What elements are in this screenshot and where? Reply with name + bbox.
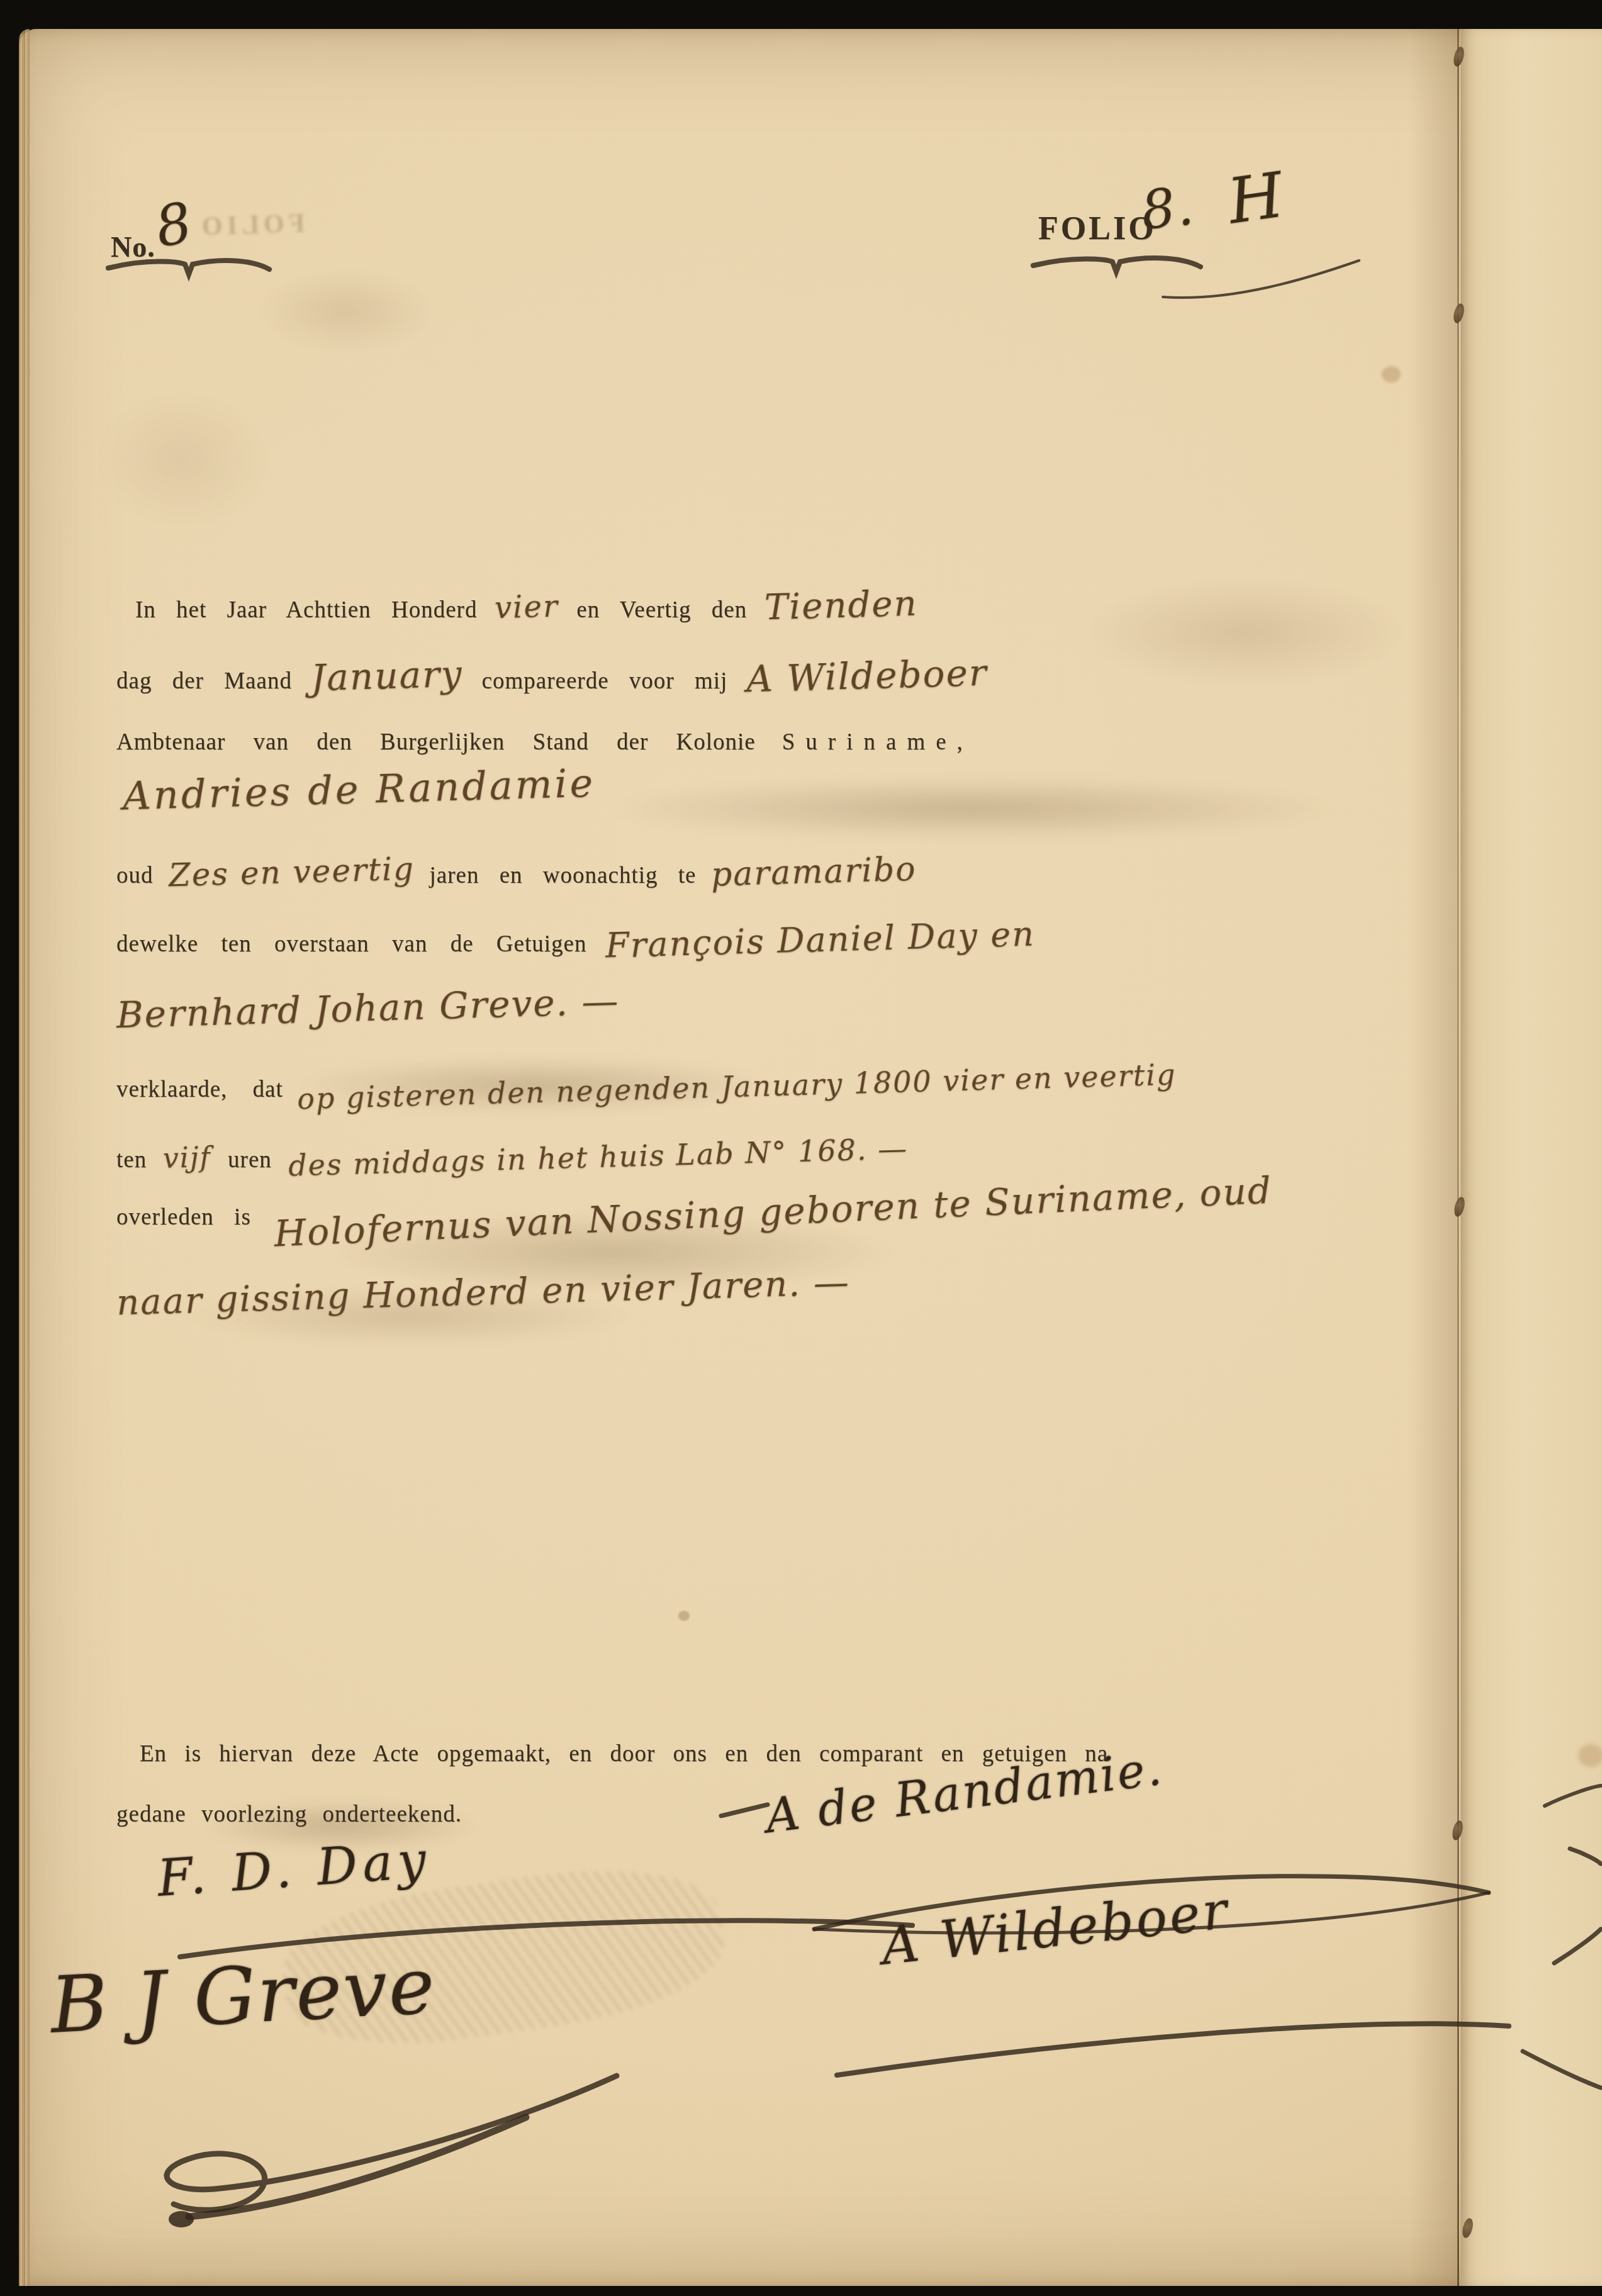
act-line: oud Zes en veertig jaren en woonachtig t… [116, 853, 917, 891]
act-line: naar gissing Honderd en vier Jaren. — [116, 1272, 850, 1313]
closing-clause-line: gedane voorlezing onderteekend. [116, 1801, 462, 1828]
brace-flourish [104, 254, 274, 284]
printed-form-text: oud [116, 862, 154, 889]
act-line: Ambtenaar van den Burgerlijken Stand der… [116, 729, 973, 756]
handwritten-entry: paramaribo [711, 850, 917, 893]
printed-form-text: In het Jaar Achttien Honderd [135, 596, 477, 624]
act-line: Bernhard Johan Greve. — [116, 987, 620, 1029]
handwritten-entry: Zes en veertig [168, 851, 415, 894]
printed-form-text: uren [228, 1146, 272, 1173]
printed-form-text: En is hiervan deze Acte opgemaakt, en do… [140, 1740, 1108, 1767]
handwritten-entry: Andries de Randamie [122, 760, 596, 819]
monogram-underline-stroke [1158, 250, 1365, 308]
printed-form-text: gedane voorlezing onderteekend. [116, 1801, 462, 1828]
ink-smudge [604, 777, 1334, 840]
printed-form-text: verklaarde, dat [116, 1076, 283, 1103]
signature-underline [824, 2001, 1523, 2086]
printed-form-text: Suriname, [782, 729, 973, 756]
handwritten-entry: François Daniel Day en [605, 914, 1036, 965]
signature-dash-stroke [717, 1797, 774, 1822]
folio-label: FOLIO [1038, 210, 1157, 247]
act-line: In het Jaar Achttien Honderd vier en Vee… [135, 585, 918, 626]
ink-smudge [94, 390, 271, 529]
printed-form-text: compareerde voor mij [482, 668, 728, 695]
folio-clerk-monogram: H [1223, 157, 1289, 238]
printed-form-text: Ambtenaar van den Burgerlijken Stand der… [116, 729, 756, 756]
act-line: overleden is Holofernus van Nossing gebo… [116, 1190, 1272, 1233]
signature-flourish [76, 2054, 692, 2237]
handwritten-entry: Bernhard Johan Greve. — [116, 980, 620, 1036]
handwritten-entry: vier [495, 589, 559, 626]
printed-form-text: en Veertig den [576, 596, 747, 624]
foxing-spot [1578, 1744, 1602, 1767]
page-edge-stack [19, 29, 30, 2286]
act-line: dag der Maand January compareerde voor m… [116, 654, 988, 697]
handwritten-entry: Tienden [764, 583, 918, 629]
handwritten-entry: vijf [163, 1141, 212, 1175]
act-line: Andries de Randamie [123, 766, 595, 812]
handwritten-entry: A Wildeboer [746, 651, 988, 701]
closing-clause-line: En is hiervan deze Acte opgemaakt, en do… [140, 1740, 1108, 1767]
adjacent-page-pen-strokes [1510, 1774, 1602, 2102]
folio-number-value: 8. [1138, 175, 1197, 242]
ink-bleedthrough-text: FOLIO [197, 208, 305, 242]
foxing-spot [1382, 366, 1401, 383]
foxing-spot [678, 1611, 690, 1621]
handwritten-entry: January [310, 652, 463, 700]
printed-form-text: ten [116, 1146, 147, 1173]
scanned-register-page: FOLIO No. 8 FOLIO 8. H In het Jaar Achtt… [0, 0, 1602, 2296]
act-line: verklaarde, dat op gisteren den negenden… [116, 1070, 1176, 1104]
printed-form-text: dewelke ten overstaan van de Getuigen [116, 931, 586, 958]
act-line: ten vijf uren des middags in het huis La… [116, 1140, 908, 1174]
ink-smudge [1082, 579, 1409, 686]
ink-smudge [258, 271, 434, 352]
printed-form-text: overleden is [116, 1204, 251, 1231]
printed-form-text: dag der Maand [116, 668, 292, 695]
act-line: dewelke ten overstaan van de Getuigen Fr… [116, 920, 1035, 960]
printed-form-text: jaren en woonachtig te [430, 862, 697, 889]
